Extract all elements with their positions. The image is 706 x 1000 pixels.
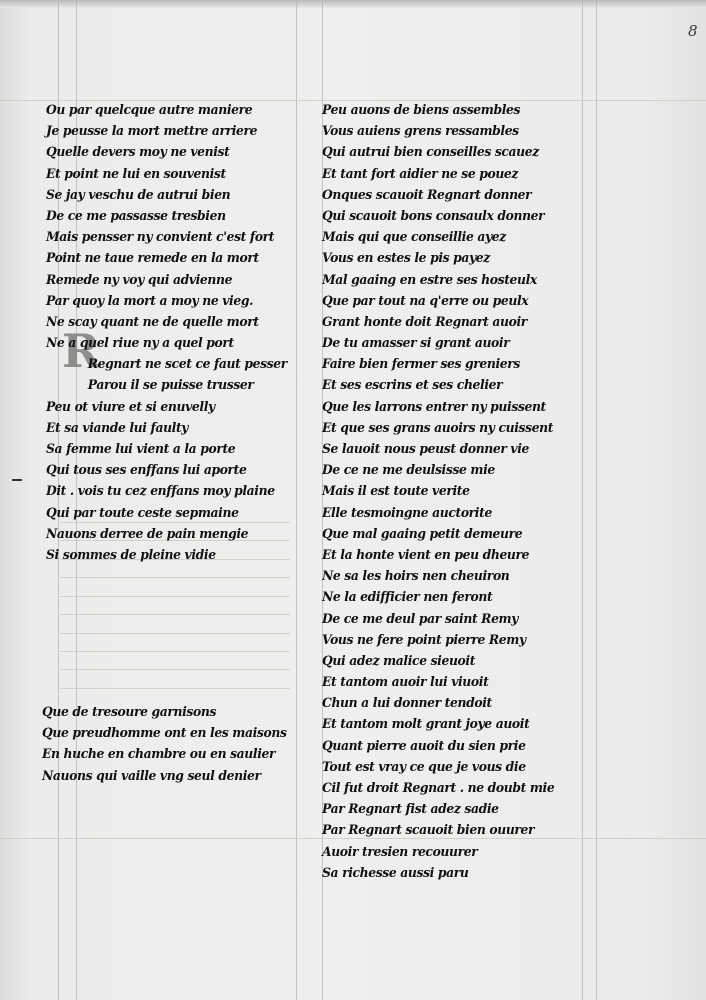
verse-line: Par Regnart scauoit bien ouurer: [322, 820, 579, 841]
verse-line: Si sommes de pleine vidie: [46, 545, 284, 566]
ruling-line-horizontal: [60, 651, 290, 652]
verse-line: Tout est vray ce que je vous die: [322, 757, 579, 778]
verse-line: Et tantom molt grant joye auoit: [322, 714, 579, 735]
verse-line: Vous ne fere point pierre Remy: [322, 630, 579, 651]
verse-line: Mal gaaing en estre ses hosteulx: [322, 270, 579, 291]
right-column-text: Peu auons de biens assembles Vous auiens…: [322, 100, 592, 884]
verse-line: Et sa viande lui faulty: [46, 418, 284, 439]
verse-line: Qui autrui bien conseilles scauez: [322, 142, 579, 163]
verse-line: Que preudhomme ont en les maisons: [42, 723, 289, 744]
left-column-bottom-text: Que de tresoure garnisons Que preudhomme…: [42, 702, 302, 787]
ruling-line-horizontal: [60, 577, 290, 578]
verse-line: De ce me passasse tresbien: [46, 206, 284, 227]
verse-line: Dit . vois tu cez enffans moy plaine: [46, 481, 284, 502]
verse-line: Regnart ne scet ce faut pesser: [46, 354, 284, 375]
verse-line: De ce ne me deulsisse mie: [322, 460, 579, 481]
verse-line: Remede ny voy qui advienne: [46, 270, 284, 291]
verse-line: Faire bien fermer ses greniers: [322, 354, 579, 375]
verse-line: Onques scauoit Regnart donner: [322, 185, 579, 206]
verse-line: Ne a quel riue ny a quel port: [46, 333, 284, 354]
ruling-line-horizontal: [60, 596, 290, 597]
verse-line: Quant pierre auoit du sien prie: [322, 736, 579, 757]
left-column-text: Ou par quelcque autre maniere Je peusse …: [46, 100, 296, 566]
ruling-line-horizontal: [60, 614, 290, 615]
verse-line: Et ses escrins et ses chelier: [322, 375, 579, 396]
verse-line: Nauons qui vaille vng seul denier: [42, 766, 289, 787]
ruling-line-horizontal: [60, 688, 290, 689]
ruling-line-horizontal: [60, 669, 290, 670]
verse-line: Ne scay quant ne de quelle mort: [46, 312, 284, 333]
page-top-shadow: [0, 0, 706, 8]
verse-line: Que de tresoure garnisons: [42, 702, 289, 723]
verse-line: Peu auons de biens assembles: [322, 100, 579, 121]
ruling-line-vertical: [596, 0, 597, 1000]
verse-line: Point ne taue remede en la mort: [46, 248, 284, 269]
verse-line: Que mal gaaing petit demeure: [322, 524, 579, 545]
verse-line: Sa femme lui vient a la porte: [46, 439, 284, 460]
verse-line: Et tantom auoir lui viuoit: [322, 672, 579, 693]
verse-line: Qui par toute ceste sepmaine: [46, 503, 284, 524]
ruling-line-vertical: [296, 0, 297, 1000]
verse-line: En huche en chambre ou en saulier: [42, 744, 289, 765]
verse-line: Mais il est toute verite: [322, 481, 579, 502]
verse-line: Que les larrons entrer ny puissent: [322, 397, 579, 418]
verse-line: Que par tout na q'erre ou peulx: [322, 291, 579, 312]
verse-line: Chun a lui donner tendoit: [322, 693, 579, 714]
verse-line: Ou par quelcque autre maniere: [46, 100, 284, 121]
margin-mark: [12, 479, 22, 481]
verse-line: Grant honte doit Regnart auoir: [322, 312, 579, 333]
verse-line: Ne sa les hoirs nen cheuiron: [322, 566, 579, 587]
verse-line: Sa richesse aussi paru: [322, 863, 579, 884]
ruling-line-horizontal: [60, 633, 290, 634]
verse-line: Mais qui que conseillie ayez: [322, 227, 579, 248]
verse-line: Auoir tresien recouurer: [322, 842, 579, 863]
verse-line: Elle tesmoingne auctorite: [322, 503, 579, 524]
verse-line: De tu amasser si grant auoir: [322, 333, 579, 354]
verse-line: Par quoy la mort a moy ne vieg.: [46, 291, 284, 312]
verse-line: Vous en estes le pis payez: [322, 248, 579, 269]
verse-line: Ne la edifficier nen feront: [322, 587, 579, 608]
verse-line: Cil fut droit Regnart . ne doubt mie: [322, 778, 579, 799]
verse-line: Et que ses grans auoirs ny cuissent: [322, 418, 579, 439]
verse-line: Mais pensser ny convient c'est fort: [46, 227, 284, 248]
manuscript-page: 8 R Ou par quelcque autre maniere Je peu…: [0, 0, 706, 1000]
verse-line: Nauons derree de pain mengie: [46, 524, 284, 545]
verse-line: Par Regnart fist adez sadie: [322, 799, 579, 820]
verse-line: Vous auiens grens ressambles: [322, 121, 579, 142]
verse-line: Et point ne lui en souvenist: [46, 164, 284, 185]
verse-line: Se jay veschu de autrui bien: [46, 185, 284, 206]
verse-line: Parou il se puisse trusser: [46, 375, 284, 396]
verse-line: Et la honte vient en peu dheure: [322, 545, 579, 566]
folio-number: 8: [688, 22, 698, 40]
verse-line: Se lauoit nous peust donner vie: [322, 439, 579, 460]
verse-line: De ce me deul par saint Remy: [322, 609, 579, 630]
verse-line: Qui scauoit bons consaulx donner: [322, 206, 579, 227]
verse-line: Quelle devers moy ne venist: [46, 142, 284, 163]
verse-line: Et tant fort aidier ne se pouez: [322, 164, 579, 185]
verse-line: Je peusse la mort mettre arriere: [46, 121, 284, 142]
verse-line: Qui tous ses enffans lui aporte: [46, 460, 284, 481]
verse-line: Qui adez malice sieuoit: [322, 651, 579, 672]
verse-line: Peu ot viure et si enuvelly: [46, 397, 284, 418]
